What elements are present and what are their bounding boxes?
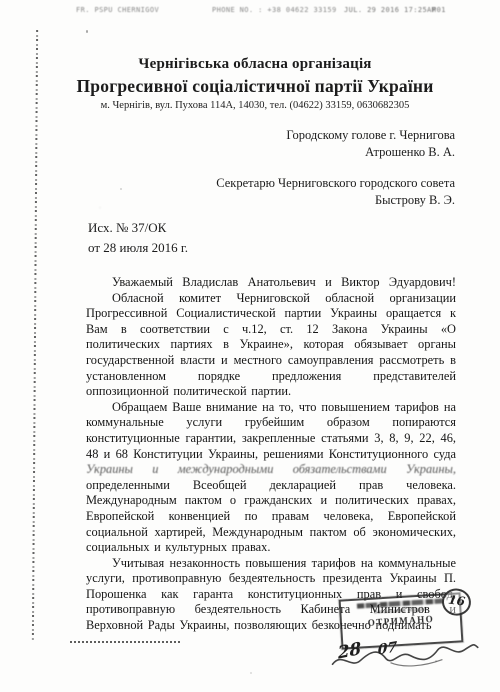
recipient-secretary: Секретарю Черниговского городского совет… — [125, 175, 455, 209]
paragraph-tariffs-part2: определенными Всеобщей декларацией прав … — [86, 478, 456, 554]
fax-sender: FR. PSPU CHERNIGOV — [76, 6, 159, 14]
outgoing-reference-block: Исх. № 37/ОК от 28 июля 2016 г. — [88, 218, 188, 258]
fax-phone-number: PHONE NO. : +38 04622 33159 — [212, 6, 337, 14]
recipient-name: Быстрову В. Э. — [125, 192, 455, 209]
recipient-position: Городскому голове г. Чернигова — [125, 127, 455, 144]
letter-body: Уважаемый Владислав Анатольевич и Виктор… — [86, 275, 456, 634]
scan-speck — [250, 672, 252, 674]
dotted-separator-line — [70, 641, 180, 643]
recipients-block: Городскому голове г. Чернигова Атрошенко… — [125, 127, 455, 223]
scan-speck — [86, 30, 88, 33]
paragraph-tariffs-part1: Обращаем Ваше внимание на то, что повыше… — [86, 400, 456, 461]
recipient-name: Атрошенко В. А. — [125, 144, 455, 161]
salutation: Уважаемый Владислав Анатольевич и Виктор… — [86, 275, 456, 291]
organization-name-line2: Прогресивної соціалістичної партії Украї… — [60, 76, 450, 97]
reference-date: от 28 июля 2016 г. — [88, 238, 188, 258]
paragraph-legal-basis: Обласной комитет Черниговской обласной о… — [86, 291, 456, 400]
recipient-mayor: Городскому голове г. Чернигова Атрошенко… — [125, 127, 455, 161]
paragraph-tariffs: Обращаем Ваше внимание на то, что повыше… — [86, 400, 456, 556]
organization-address: м. Чернігів, вул. Пухова 114А, 14030, те… — [60, 100, 450, 111]
scanned-letter-page: FR. PSPU CHERNIGOV PHONE NO. : +38 04622… — [0, 0, 500, 692]
fax-datetime: JUL. 29 2016 17:25AM — [344, 6, 436, 14]
fax-page-number: P01 — [432, 6, 446, 14]
paragraph-tariffs-smudged-line: Украины и международными обязательствами… — [86, 462, 456, 476]
scan-artifact-line — [32, 30, 38, 640]
letterhead: Чернігівська обласна організація Прогрес… — [60, 56, 450, 111]
scan-speck — [120, 188, 122, 190]
stamp-handwritten-month: 07 — [378, 639, 397, 658]
recipient-position: Секретарю Черниговского городского совет… — [125, 175, 455, 192]
scan-speck — [435, 660, 437, 662]
organization-name-line1: Чернігівська обласна організація — [60, 56, 450, 73]
stamp-handwritten-day: 28 — [337, 639, 361, 664]
reference-number: Исх. № 37/ОК — [88, 218, 188, 238]
received-stamp: Загальний відділ ОТРИМАНО 28 07 16 — [339, 592, 464, 649]
